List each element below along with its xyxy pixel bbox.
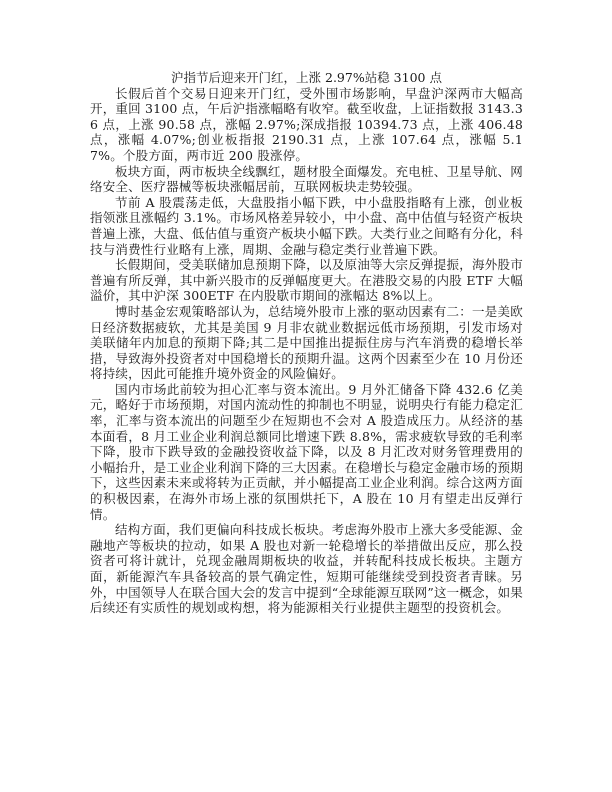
paragraph-pre-holiday: 节前 A 股震荡走低，大盘股指小幅下跌，中小盘股指略有上涨，创业板指领涨且涨幅约… xyxy=(90,195,523,257)
paragraph-bosera-view: 博时基金宏观策略部认为，总结境外股市上涨的驱动因素有二：一是美欧日经济数据疲软，… xyxy=(90,304,523,382)
paragraph-structure: 结构方面，我们更偏向科技成长板块。考虑海外股市上涨大多受能源、金融地产等板块的拉… xyxy=(90,522,523,616)
paragraph-sectors: 板块方面，两市板块全线飘红，题材股全面爆发。充电桩、卫星导航、网络安全、医疗器械… xyxy=(90,164,523,195)
paragraph-market-close: 长假后首个交易日迎来开门红，受外围市场影响，早盘沪深两市大幅高开，重回 3100… xyxy=(90,86,523,164)
document-page: 沪指节后迎来开门红，上涨 2.97%站稳 3100 点 长假后首个交易日迎来开门… xyxy=(90,70,523,616)
article-title: 沪指节后迎来开门红，上涨 2.97%站稳 3100 点 xyxy=(90,70,523,86)
paragraph-holiday-overseas: 长假期间，受美联储加息预期下降，以及原油等大宗反弹提振，海外股市普遍有所反弹，其… xyxy=(90,257,523,304)
paragraph-domestic-market: 国内市场此前较为担心汇率与资本流出。9 月外汇储备下降 432.6 亿美元，略好… xyxy=(90,382,523,522)
